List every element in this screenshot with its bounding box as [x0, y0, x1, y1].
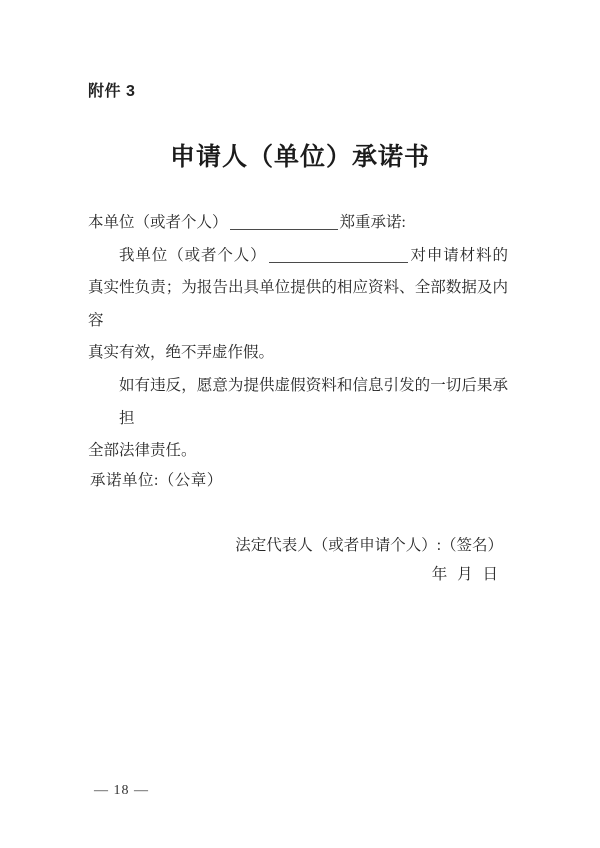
body-line: 真实性负责；为报告出具单位提供的相应资料、全部数据及内容 [88, 272, 508, 337]
date-line: 年 月 日 [235, 563, 503, 587]
body-text-segment: 如有违反，愿意为提供虚假资料和信息引发的一切后果承担 [119, 377, 508, 427]
body-text-segment: 全部法律责任。 [88, 442, 197, 459]
signature-block: 法定代表人（或者申请个人）:（签名） 年 月 日 [235, 534, 503, 587]
fill-in-blank [269, 248, 408, 263]
body-line: 全部法律责任。 [88, 435, 508, 468]
attachment-label: 附件 3 [88, 78, 135, 101]
body-line: 我单位（或者个人）对申请材料的 [88, 240, 508, 273]
body-line: 本单位（或者个人）郑重承诺: [88, 207, 508, 240]
body-text-segment: 对申请材料的 [410, 247, 508, 264]
body-text-segment: 本单位（或者个人） [88, 214, 228, 231]
body-text-segment: 我单位（或者个人） [119, 247, 267, 264]
seal-line: 承诺单位:（公章） [90, 468, 223, 490]
body-text: 本单位（或者个人）郑重承诺:我单位（或者个人）对申请材料的真实性负责；为报告出具… [88, 207, 508, 468]
fill-in-blank [230, 215, 338, 230]
document-page: 附件 3 申请人（单位）承诺书 本单位（或者个人）郑重承诺:我单位（或者个人）对… [0, 0, 600, 848]
page-title: 申请人（单位）承诺书 [0, 137, 600, 173]
body-line: 真实有效，绝不弄虚作假。 [88, 337, 508, 370]
body-text-segment: 真实有效，绝不弄虚作假。 [88, 344, 274, 361]
body-text-segment: 郑重承诺: [340, 214, 406, 231]
body-text-segment: 真实性负责；为报告出具单位提供的相应资料、全部数据及内容 [88, 279, 508, 329]
page-number: — 18 — [94, 783, 149, 799]
body-line: 如有违反，愿意为提供虚假资料和信息引发的一切后果承担 [88, 370, 508, 435]
signature-line: 法定代表人（或者申请个人）:（签名） [235, 534, 503, 558]
